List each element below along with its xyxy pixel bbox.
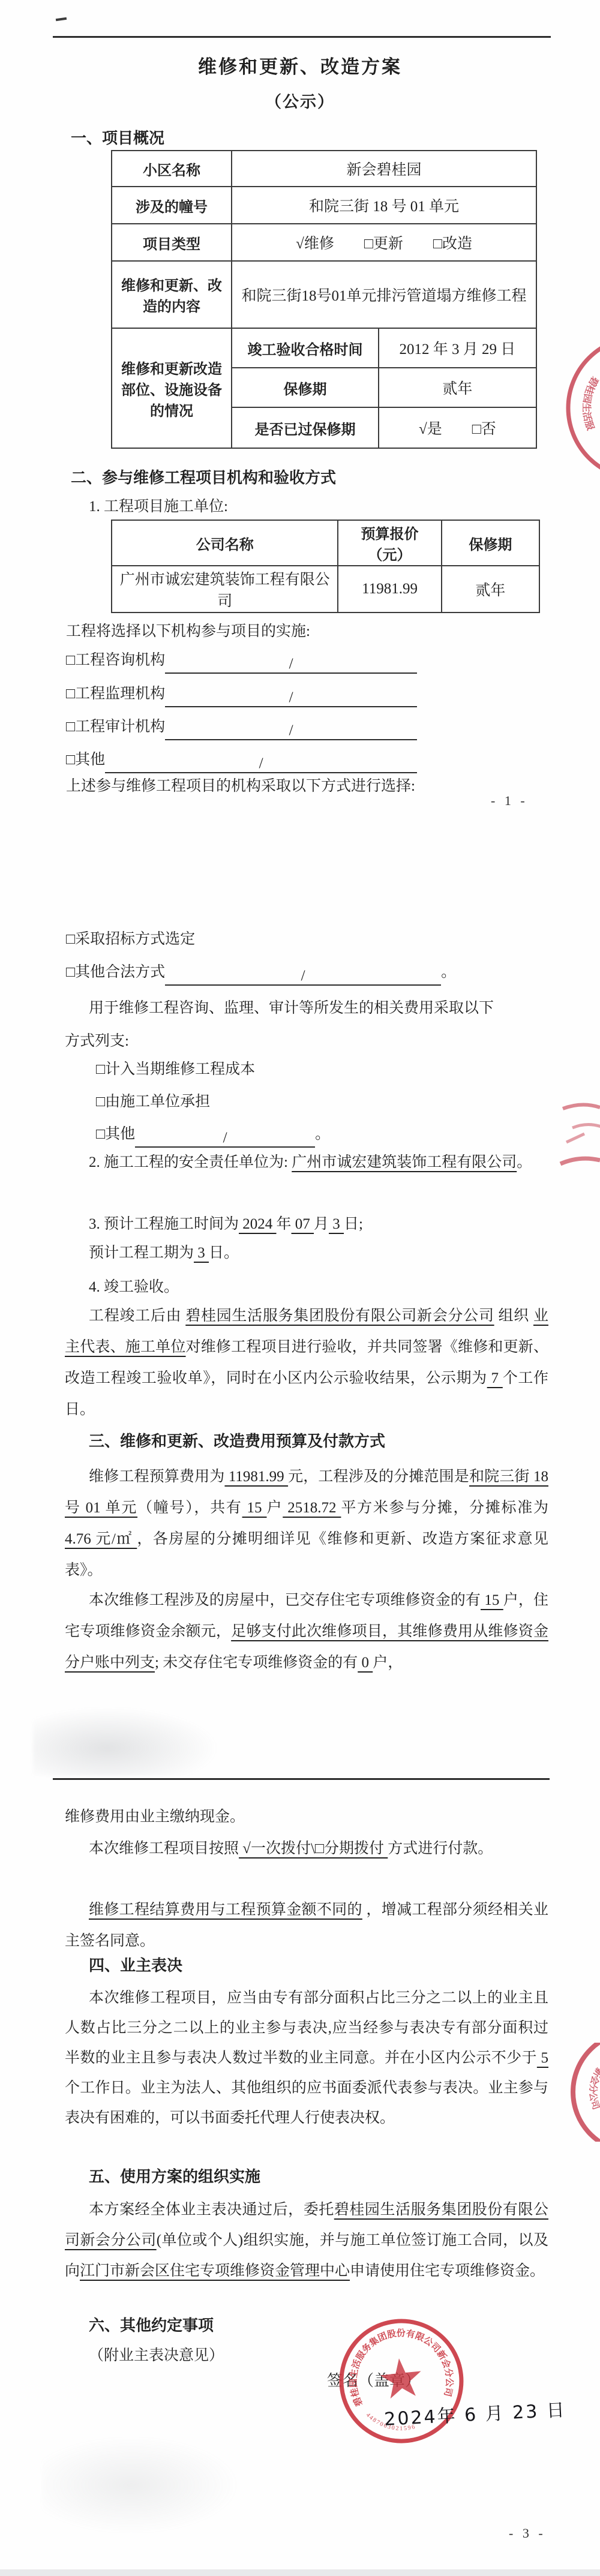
text-segment: 日;: [344, 1216, 363, 1232]
column-header-warranty: 保修期: [442, 520, 539, 566]
acceptance-paragraph: 工程竣工后由 碧桂园生活服务集团股份有限公司新会分公司 组织 业主代表、施工单位…: [65, 1301, 548, 1425]
constructor-table: 公司名称 预算报价 （元） 保修期 广州市诚宏建筑装饰工程有限公司 11981.…: [111, 520, 540, 613]
underlined-area: 2518.72: [283, 1500, 341, 1516]
blank-field: /: [165, 722, 417, 740]
blank-field: /: [165, 689, 417, 707]
text-segment: 组织: [494, 1308, 533, 1324]
text-segment: ，各房屋的分摊明细详见《维修和更新、改造方案征求意见表》。: [65, 1531, 548, 1578]
text-segment: 个工作日。业主为法人、其他组织的应书面委派代表参与表决。业主参与表决有困难的，可…: [65, 2080, 548, 2126]
text-segment: 工程竣工后由: [89, 1308, 185, 1324]
underlined-budget-amount: 11981.99: [224, 1469, 288, 1485]
cell-value: 和院三街18号01单元排污管道塌方维修工程: [232, 261, 536, 328]
table-row: 涉及的幢号 和院三街 18 号 01 单元: [112, 187, 536, 224]
checkbox-line-consulting: □工程咨询机构/: [66, 648, 417, 674]
cell-label: 涉及的幢号: [112, 187, 232, 224]
checkbox-label: □工程审计机构: [66, 719, 165, 735]
checkbox-label: □其他: [96, 1126, 135, 1142]
seal-star: [379, 2356, 424, 2400]
page-top-rule: [53, 1778, 550, 1780]
cell-label: 维修和更新、改造的内容: [112, 261, 232, 328]
partial-seal-edge-2: [558, 1092, 600, 1182]
cell-value: 和院三街 18 号 01 单元: [232, 187, 536, 224]
blank-field: /: [105, 755, 417, 773]
text-segment: 本方案经全体业主表决通过后，委托: [89, 2202, 334, 2218]
table-row: 广州市诚宏建筑装饰工程有限公司 11981.99 贰年: [112, 566, 539, 613]
section-heading-budget: 三、维修和更新、改造费用预算及付款方式: [89, 1429, 385, 1451]
checkbox-label: □工程监理机构: [66, 686, 165, 702]
column-header-company: 公司名称: [112, 520, 338, 566]
fund-paragraph: 本次维修工程涉及的房屋中，已交存住宅专项维修资金的有 15 户，住宅专项维修资金…: [65, 1585, 548, 1679]
cell-label: 项目类型: [112, 224, 232, 261]
text-segment: （幢号），共有: [137, 1500, 242, 1516]
cell-sublabel: 保修期: [232, 368, 379, 407]
scan-edge-strip: [0, 2569, 600, 2576]
owner-vote-paragraph: 本次维修工程项目，应当由专有部分面积占比三分之二以上的业主且人数占比三分之二以上…: [65, 1983, 548, 2133]
underlined-month: 07: [292, 1216, 314, 1232]
fee-paragraph-line-2: 方式列支:: [65, 1026, 548, 1057]
scanned-document: 维修和更新、改造方案 （公示） 一、项目概况 小区名称 新会碧桂园 涉及的幢号 …: [0, 0, 600, 2576]
table-row: 维修和更新改造部位、设施设备的情况 竣工验收合格时间 2012 年 3 月 29…: [112, 328, 536, 368]
text-segment: 平方米参与分摊，分摊标准为: [341, 1500, 548, 1516]
cell-company-name: 广州市诚宏建筑装饰工程有限公司: [112, 566, 338, 613]
text-segment: 3. 预计工程施工时间为: [89, 1216, 239, 1232]
cell-label: 维修和更新改造部位、设施设备的情况: [112, 328, 232, 448]
safety-responsibility-paragraph: 2. 施工工程的安全责任单位为: 广州市诚宏建筑装饰工程有限公司。: [65, 1147, 548, 1178]
section-heading-participants: 二、参与维修工程项目机构和验收方式: [71, 466, 336, 488]
cell-value: 2012 年 3 月 29 日: [379, 328, 536, 368]
checkbox-label: □其他合法方式: [66, 964, 165, 980]
page-3: 维修费用由业主缴纳现金。 本次维修工程项目按照 √一次拨付\□分期拨付 方式进行…: [0, 1740, 600, 2576]
page-subtitle: （公示）: [0, 89, 600, 112]
cell-value-warranty-checkboxes: √是 □否: [379, 407, 536, 448]
blank-field: /: [165, 656, 417, 674]
checkbox-line-bidding: □采取招标方式选定: [66, 927, 195, 948]
svg-text:新会分公司: 新会分公司: [587, 2066, 600, 2111]
section-heading-project-overview: 一、项目概况: [71, 126, 164, 148]
checkbox-line-other: □其他/: [66, 747, 417, 773]
underlined-households: 15: [242, 1500, 267, 1516]
completion-acceptance-item: 4. 竣工验收。: [65, 1272, 548, 1303]
page-2: □采取招标方式选定 □其他合法方式/。 用于维修工程咨询、监理、审计等所发生的相…: [0, 881, 600, 1740]
text-segment: 。: [517, 1154, 532, 1170]
blank-field: /: [135, 1130, 315, 1148]
text-segment: 2. 施工工程的安全责任单位为:: [89, 1154, 292, 1170]
company-seal: 碧桂园生活服务集团股份有限公司新会分公司 4487063021596: [324, 2304, 479, 2458]
blank-field: /: [165, 968, 441, 986]
page-title: 维修和更新、改造方案: [0, 52, 600, 79]
text-segment: 元，工程涉及的分摊范围是: [288, 1469, 469, 1485]
cell-warranty: 贰年: [442, 566, 539, 613]
section-heading-other-matters: 六、其他约定事项: [89, 2313, 214, 2335]
page-number: - 3 -: [509, 2526, 546, 2541]
line-end-punct: 。: [315, 1126, 330, 1142]
cell-value-project-type-checkboxes: √维修 □更新 □改造: [232, 224, 536, 261]
line-end-punct: 。: [441, 964, 456, 980]
text-segment: 户，: [373, 1655, 403, 1671]
checkbox-line-supervision: □工程监理机构/: [66, 681, 417, 707]
implementation-paragraph: 本方案经全体业主表决通过后，委托碧桂园生活服务集团股份有限公司新会分公司(单位或…: [65, 2194, 548, 2286]
page-number: - 1 -: [491, 793, 528, 809]
vote-opinion-note: （附业主表决意见）: [89, 2343, 224, 2365]
underlined-fund-center: 江门市新会区住宅专项维修资金管理中心: [80, 2263, 350, 2279]
checkbox-line-other-legal: □其他合法方式/。: [66, 960, 456, 986]
underlined-unpaid-households: 0: [358, 1655, 373, 1671]
text-segment: 维修工程预算费用为: [89, 1469, 224, 1485]
checkbox-line-other-cost: □其他/。: [96, 1122, 330, 1148]
underlined-company: 广州市诚宏建筑装饰工程有限公司: [292, 1154, 517, 1170]
checkbox-label: □工程咨询机构: [66, 652, 165, 668]
text-segment: 日。: [209, 1245, 239, 1261]
page-top-rule: [53, 36, 551, 38]
underlined-duration: 3: [194, 1245, 209, 1261]
underlined-year: 2024: [239, 1216, 277, 1232]
cell-value: 新会碧桂园: [232, 151, 536, 187]
text-segment: 本次维修工程项目按照: [89, 1841, 239, 1857]
settlement-paragraph: 维修工程结算费用与工程预算金额不同的 ，增减工程部分须经相关业主签名同意。: [65, 1895, 548, 1957]
checkbox-line-audit: □工程审计机构/: [66, 714, 417, 740]
construction-time-line: 3. 预计工程施工时间为 2024 年 07 月 3 日;: [65, 1209, 548, 1240]
fee-paragraph-line-1: 用于维修工程咨询、监理、审计等所发生的相关费用采取以下: [65, 993, 548, 1024]
construction-duration-line: 预计工程工期为 3 日。: [89, 1241, 239, 1262]
table-header-row: 公司名称 预算报价 （元） 保修期: [112, 520, 539, 566]
text-segment: 月: [314, 1216, 329, 1232]
choose-orgs-line: 工程将选择以下机构参与项目的实施:: [66, 619, 310, 641]
cell-label: 小区名称: [112, 151, 232, 187]
payment-method-paragraph: 本次维修工程项目按照 √一次拨付\□分期拨付 方式进行付款。: [65, 1833, 548, 1865]
text-segment: 预计工程工期为: [89, 1245, 194, 1261]
selection-method-line: 上述参与维修工程项目的机构采取以下方式进行选择:: [66, 774, 415, 795]
checkbox-line-current-cost: □计入当期维修工程成本: [96, 1057, 255, 1079]
underlined-organizer: 碧桂园生活服务集团股份有限公司新会分公司: [185, 1308, 494, 1324]
underlined-day: 3: [329, 1216, 344, 1232]
text-segment: 户: [267, 1500, 283, 1516]
section-heading-implementation: 五、使用方案的组织实施: [89, 2164, 260, 2187]
underlined-rate: 4.76 元/㎡: [65, 1531, 137, 1547]
section-heading-owner-vote: 四、业主表决: [89, 1953, 182, 1975]
scan-speck: [56, 17, 67, 21]
underlined-payment-method: √一次拨付\□分期拨付: [239, 1841, 388, 1857]
project-overview-table: 小区名称 新会碧桂园 涉及的幢号 和院三街 18 号 01 单元 项目类型 √维…: [111, 150, 537, 449]
cell-sublabel: 竣工验收合格时间: [232, 328, 379, 368]
text-segment: ; 未交存住宅专项维修资金的有: [155, 1655, 358, 1671]
table-row: 维修和更新、改造的内容 和院三街18号01单元排污管道塌方维修工程: [112, 261, 536, 328]
svg-text:碧桂园生活服: 碧桂园生活服: [581, 374, 600, 432]
table-row: 项目类型 √维修 □更新 □改造: [112, 224, 536, 261]
cell-value: 贰年: [379, 368, 536, 407]
cell-price: 11981.99: [338, 566, 441, 613]
underlined-paid-households: 15: [481, 1592, 503, 1608]
page-1: 维修和更新、改造方案 （公示） 一、项目概况 小区名称 新会碧桂园 涉及的幢号 …: [0, 0, 600, 881]
partial-seal-edge-3: 新会分公司: [546, 2043, 600, 2142]
checkbox-label: □其他: [66, 752, 105, 768]
cash-payment-line: 维修费用由业主缴纳现金。: [65, 1805, 245, 1826]
text-segment: 本次维修工程项目，应当由专有部分面积占比三分之二以上的业主且人数占比三分之二以上…: [65, 1990, 548, 2066]
list-item-constructor: 1. 工程项目施工单位:: [89, 494, 228, 516]
underlined-publicity-days: 7: [487, 1370, 503, 1386]
text-segment: 申请使用住宅专项维修资金。: [350, 2263, 545, 2279]
text-segment: 年: [277, 1216, 292, 1232]
checkbox-line-builder-bears: □由施工单位承担: [96, 1089, 210, 1111]
text-segment: 本次维修工程涉及的房屋中，已交存住宅专项维修资金的有: [89, 1592, 481, 1608]
cell-sublabel: 是否已过保修期: [232, 407, 379, 448]
budget-paragraph: 维修工程预算费用为 11981.99 元，工程涉及的分摊范围是和院三街 18 号…: [65, 1461, 548, 1586]
column-header-price: 预算报价 （元）: [338, 520, 441, 566]
table-row: 小区名称 新会碧桂园: [112, 151, 536, 187]
partial-seal-edge-1: 碧桂园生活服: [543, 329, 600, 488]
underlined-settlement-clause: 维修工程结算费用与工程预算金额不同的: [89, 1902, 362, 1918]
text-segment: 方式进行付款。: [388, 1841, 493, 1857]
